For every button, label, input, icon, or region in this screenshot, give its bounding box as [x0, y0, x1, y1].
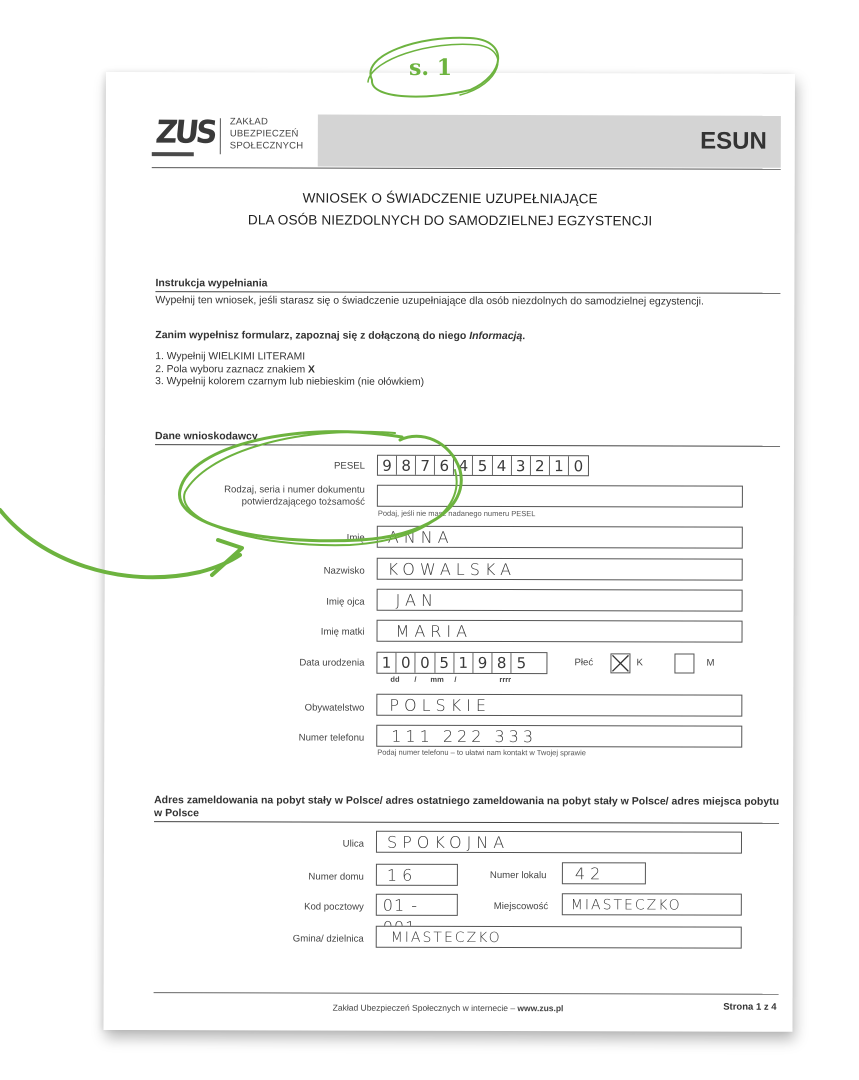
step-item: 2. Pola wyboru zaznacz znakiem X: [155, 364, 424, 377]
birth-date-digit: 5: [435, 653, 454, 673]
section-divider: [155, 291, 780, 294]
step-item: 1. Wypełnij WIELKIMI LITERAMI: [155, 351, 424, 364]
birth-date-format-sep: /: [414, 675, 416, 684]
sex-checkbox-m[interactable]: [674, 653, 694, 673]
birth-date-digit: 1: [377, 653, 396, 673]
note-suffix: .: [522, 330, 525, 342]
citizenship-label: Obywatelstwo: [194, 702, 364, 713]
footer-url[interactable]: www.zus.pl: [517, 1003, 563, 1013]
note-italic: Informacją: [469, 330, 522, 342]
id-doc-field[interactable]: [377, 485, 743, 508]
zus-logo: ZUS: [154, 114, 217, 151]
house-number-label: Numer domu: [194, 871, 364, 882]
pesel-field[interactable]: 98764543210: [377, 455, 589, 477]
birth-date-digit: 5: [512, 653, 531, 673]
district-field[interactable]: MIASTECZKO: [376, 926, 742, 949]
citizenship-field[interactable]: POLSKIE: [376, 694, 742, 717]
pesel-digit: 1: [550, 456, 569, 475]
form-title-line2: DLA OSÓB NIEZDOLNYCH DO SAMODZIELNEJ EGZ…: [106, 212, 795, 229]
form-page: ZUS ZAKŁAD UBEZPIECZEŃ SPOŁECZNYCH ESUN …: [103, 72, 795, 1032]
birth-date-digit: 8: [493, 653, 512, 673]
last-name-field[interactable]: KOWALSKA: [377, 558, 743, 581]
step-mark: X: [308, 364, 315, 375]
instructions-steps: 1. Wypełnij WIELKIMI LITERAMI 2. Pola wy…: [155, 351, 424, 389]
id-doc-label: Rodzaj, seria i numer dokumentu potwierd…: [165, 484, 365, 509]
street-field[interactable]: SPOKOJNA: [376, 831, 742, 854]
pesel-digit: 2: [531, 456, 550, 475]
footer-divider: [154, 992, 779, 995]
sex-checkbox-k[interactable]: [610, 653, 630, 673]
phone-hint: Podaj numer telefonu – to ułatwi nam kon…: [377, 748, 586, 758]
id-doc-label-line: Rodzaj, seria i numer dokumentu: [165, 484, 365, 497]
applicant-heading: Dane wnioskodawcy: [155, 430, 258, 442]
apartment-number-field[interactable]: 42: [562, 862, 646, 884]
street-label: Ulica: [194, 838, 364, 849]
birth-date-format-rrrr: rrrr: [499, 675, 511, 684]
note-prefix: Zanim wypełnisz formularz, zapoznaj się …: [155, 329, 469, 342]
city-field[interactable]: MIASTECZKO: [562, 893, 742, 915]
pesel-digit: 0: [569, 456, 588, 475]
logo-text-line: SPOŁECZNYCH: [230, 140, 303, 152]
step-item: 3. Wypełnij kolorem czarnym lub niebiesk…: [155, 376, 424, 389]
pesel-digit: 7: [416, 456, 435, 475]
apartment-number-label: Numer lokalu: [490, 870, 547, 881]
section-divider: [155, 444, 780, 447]
sex-option-k: K: [636, 657, 642, 668]
birth-date-digit: 0: [416, 653, 435, 673]
city-label: Miejscowość: [494, 901, 548, 912]
id-doc-label-line: potwierdzającego tożsamość: [165, 496, 365, 509]
birth-date-format-sep: /: [454, 675, 456, 684]
id-doc-hint: Podaj, jeśli nie masz nadanego numeru PE…: [378, 509, 536, 518]
mother-name-field[interactable]: MARIA: [377, 620, 743, 643]
postal-code-field[interactable]: 01 - 001: [376, 894, 458, 916]
pesel-digit: 9: [378, 456, 397, 475]
logo-text-line: UBEZPIECZEŃ: [230, 128, 303, 140]
instructions-heading: Instrukcja wypełniania: [155, 277, 267, 289]
birth-date-digit: 9: [473, 653, 492, 673]
pesel-digit: 4: [454, 456, 473, 475]
pesel-digit: 8: [397, 456, 416, 475]
instructions-note: Zanim wypełnisz formularz, zapoznaj się …: [155, 329, 780, 344]
logo-underline: [152, 152, 194, 156]
first-name-field[interactable]: ANNA: [377, 526, 743, 549]
district-label: Gmina/ dzielnica: [194, 933, 364, 944]
pesel-label: PESEL: [195, 460, 365, 471]
page-number: Strona 1 z 4: [723, 1002, 776, 1013]
father-name-label: Imię ojca: [195, 596, 365, 607]
birth-date-format-mm: mm: [430, 675, 443, 684]
form-code-bar: ESUN: [318, 115, 781, 168]
pesel-digit: 6: [435, 456, 454, 475]
form-code: ESUN: [700, 128, 767, 156]
phone-field[interactable]: 111 222 333: [376, 725, 742, 748]
last-name-label: Nazwisko: [195, 565, 365, 576]
father-name-field[interactable]: JAN: [377, 589, 743, 612]
pesel-digit: 5: [473, 456, 492, 475]
birth-date-digit: 1: [454, 653, 473, 673]
logo-text-line: ZAKŁAD: [230, 116, 303, 128]
birth-date-label: Data urodzenia: [194, 657, 364, 668]
logo-separator: [220, 118, 221, 154]
footer-prefix: Zakład Ubezpieczeń Społecznych w interne…: [333, 1003, 518, 1013]
birth-date-field[interactable]: 10051985: [376, 652, 547, 674]
first-name-label: Imię: [195, 532, 365, 543]
sex-label: Płeć: [574, 657, 593, 668]
logo-text: ZAKŁAD UBEZPIECZEŃ SPOŁECZNYCH: [230, 116, 304, 152]
sex-option-m: M: [706, 658, 714, 669]
pesel-digit: 3: [512, 456, 531, 475]
x-mark-icon: [611, 654, 629, 672]
birth-date-digit: 0: [397, 653, 416, 673]
pesel-digit: 4: [493, 456, 512, 475]
phone-label: Numer telefonu: [194, 732, 364, 743]
address-heading: Adres zameldowania na pobyt stały w Pols…: [154, 794, 779, 822]
footer-text: Zakład Ubezpieczeń Społecznych w interne…: [104, 1002, 793, 1014]
postal-code-label: Kod pocztowy: [194, 901, 364, 912]
instructions-paragraph: Wypełnij ten wniosek, jeśli starasz się …: [155, 294, 780, 309]
mother-name-label: Imię matki: [195, 626, 365, 637]
step-text: 2. Pola wyboru zaznacz znakiem: [155, 364, 308, 375]
birth-date-format-dd: dd: [390, 675, 399, 684]
form-title-line1: WNIOSEK O ŚWIADCZENIE UZUPEŁNIAJĄCE: [106, 190, 795, 207]
house-number-field[interactable]: 16: [376, 864, 458, 886]
